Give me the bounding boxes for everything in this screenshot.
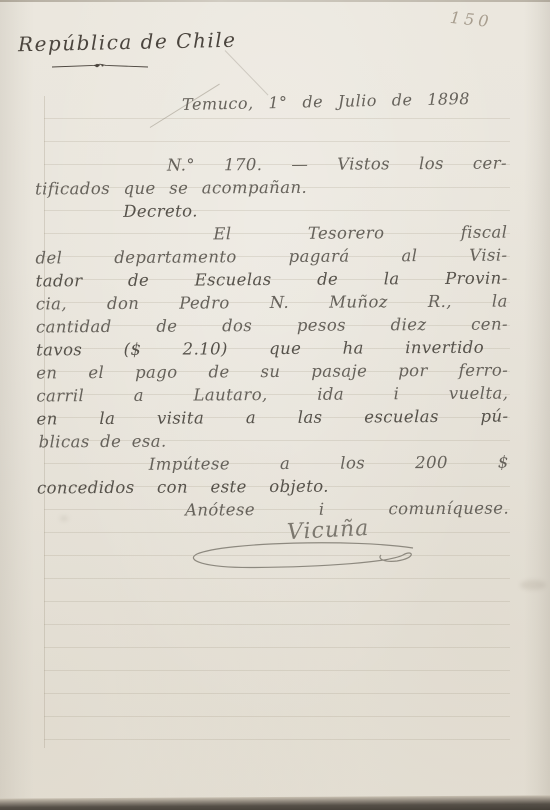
paper-crease	[225, 50, 269, 95]
letterhead-text: República de Chile	[18, 28, 237, 57]
scan-bottom-edge	[0, 795, 550, 810]
handwritten-line-13: blicas de esa.	[39, 430, 167, 454]
handwritten-line-14: Impútese a los 200 $	[149, 451, 509, 476]
handwritten-line-5: del departamento pagará al Visi-	[35, 244, 507, 270]
handwritten-line-4: El Tesorero fiscal	[213, 221, 507, 246]
letter-body: N.° 170. — Vistos los cer-tificados que …	[35, 152, 509, 523]
handwritten-line-12: en la visita a las escuelas pú-	[36, 405, 508, 431]
paper-smudge	[60, 516, 68, 521]
handwritten-line-3: Decreto.	[123, 198, 507, 223]
signature-flourish	[185, 540, 425, 582]
handwritten-line-15: concedidos con este objeto.	[37, 475, 329, 500]
handwritten-line-6: tador de Escuelas de la Provin-	[36, 267, 508, 293]
handwritten-line-11: carril a Lautaro, ida i vuelta,	[36, 382, 508, 408]
scanned-letter-page: República de Chile 150 Temuco, 1° de Jul…	[0, 0, 550, 810]
handwritten-line-7: cia, don Pedro N. Muñoz R., la	[36, 290, 508, 316]
handwritten-line-1: N.° 170. — Vistos los cer-	[167, 152, 507, 177]
handwritten-line-9: tavos ($ 2.10) que ha invertido	[36, 336, 484, 362]
handwritten-line-10: en el pago de su pasaje por ferro-	[36, 359, 508, 385]
scan-top-edge	[0, 0, 550, 2]
handwritten-line-8: cantidad de dos pesos diez cen-	[36, 313, 508, 339]
letterhead-flourish-rule-icon	[50, 60, 150, 72]
page-right-shadow	[524, 0, 550, 810]
handwritten-line-2: tificados que se acompañan.	[35, 176, 307, 201]
pencil-folio-number: 150	[449, 8, 493, 31]
page-left-shadow	[0, 0, 34, 810]
